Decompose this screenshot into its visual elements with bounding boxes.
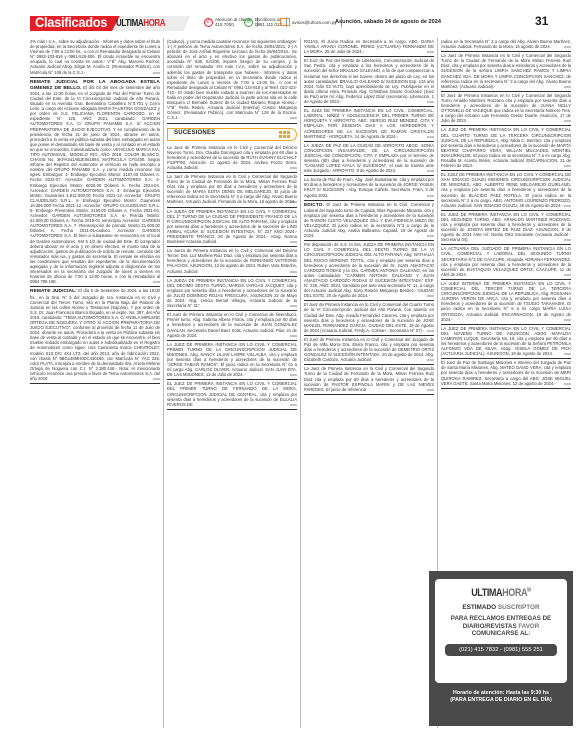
- ad-text: EL JUEZ DE PRIMERA INSTANCIA EN LO CIVIL…: [167, 381, 297, 406]
- ad-code: #0000: [564, 352, 571, 357]
- classified-ad: REMATE JUDICIAL POR LA ABOGADA ESTELA GI…: [30, 78, 160, 288]
- whatsapp-number: 0981 111 013: [255, 22, 282, 27]
- ad-text: La Juez de Primera Instancia en lo Civil…: [167, 145, 297, 170]
- ad-text: EL JUEZ DE PRIMERA INSTANCIA EN LO CIVIL…: [441, 212, 571, 242]
- ad-text: El día 5 de Setiembre de 2024, a las 15:…: [30, 288, 160, 381]
- anniversary-badge: 50: [527, 587, 531, 593]
- promo-phone-numbers[interactable]: (021) 415 7832 - (0981) 555 251: [445, 644, 557, 656]
- promo-logo: ULTIMAHORA50: [447, 587, 555, 599]
- promo-hours-line-2: (PARA ENTREGA DE DIARIO EN EL DÍA): [429, 697, 573, 704]
- classified-ad: El Juez de Primera Instancia en lo Civil…: [304, 301, 434, 336]
- ad-code: #0000: [427, 329, 434, 334]
- ad-text: Por disposición de S.S. la Sra. JUEZA DE…: [304, 242, 434, 298]
- ad-code: #0000: [427, 358, 434, 363]
- ad-text: El Juez de Paz de Santiago Misiones e In…: [441, 360, 571, 385]
- column-divider: [300, 38, 301, 728]
- ad-code: #0000: [290, 270, 297, 275]
- promo-logo-1: ULTIMA: [471, 587, 502, 599]
- ad-text: ROJAS. El Juicio Radica en Secretaría a …: [304, 39, 434, 54]
- ad-code: #0000: [290, 403, 297, 408]
- newspaper-logo: ULTIMAHORA: [116, 18, 165, 29]
- classified-ad: REMATE JUDICIAL: El día 5 de Setiembre d…: [30, 287, 160, 384]
- ad-text: La Jueza de Paz de Fram. Abg. José Busta…: [304, 177, 434, 197]
- page-header: Clasificados ULTIMAHORA ✆ Atención al cl…: [0, 0, 580, 36]
- classified-ad: EL JUEZ DE PRIMERA INSTANCIA EN LO CIVIL…: [167, 380, 297, 409]
- ad-code: #0000: [290, 240, 297, 245]
- promo-card: ULTIMAHORA50 ESTIMADO SUSCRIPTOR PARA RE…: [435, 579, 567, 683]
- ad-code: #0000: [290, 334, 297, 339]
- ad-text: EL JUEZ DE PRIMERA INSTANCIA EN LO CIVIL…: [304, 108, 434, 138]
- ad-text: La Juez de Primera Instancia en lo Civil…: [304, 366, 434, 391]
- ad-code: #0000: [427, 194, 434, 199]
- ad-text: LA JUEZA DE PRIMERA INSTANCIA EN LO CIVI…: [167, 209, 297, 245]
- classified-ad: La Jueza de Primera Instancia en lo Civi…: [167, 247, 297, 276]
- ad-text: La Juez de Primera Instancia en lo Civil…: [167, 174, 297, 204]
- ad-text: LA JUEZA DE PRIMERA INSTANCIA EN LO CIVI…: [167, 278, 297, 308]
- email-address[interactable]: avisos@uhora.com.py: [292, 20, 337, 25]
- ad-text: El Juez de Primera Instancia en lo Civil…: [304, 337, 434, 362]
- ad-code: #0000: [153, 377, 160, 382]
- promo-line-1: PARA RECLAMOS ENTREGAS DE: [435, 615, 567, 623]
- people-group-icon: [279, 131, 290, 138]
- ad-code: #0000: [564, 238, 571, 243]
- section-title: Clasificados: [35, 15, 107, 30]
- section-banner-sucesiones: SUCESIONES: [167, 128, 297, 141]
- ad-text: LA JUEZ INTERINA DE PRIMERA INSTANCIA EN…: [441, 281, 571, 322]
- promo-line-2-grey: FAVOR: [518, 623, 539, 630]
- classified-ad: EL JUEZ DE PRIMERA INSTANCIA EN LO CIVIL…: [441, 211, 571, 246]
- column-3: ROJAS. El Juicio Radica en Secretaría a …: [304, 38, 434, 728]
- logo-text-2: HORA: [143, 18, 165, 29]
- promo-heading-grey: SUSCRIPTOR: [498, 604, 540, 611]
- ad-code: #0000: [564, 318, 571, 323]
- ad-code: #0000: [427, 294, 434, 299]
- issue-date: Asunción, sábado 24 de agosto de 2024: [335, 19, 441, 25]
- ad-code: #0000: [564, 119, 571, 124]
- ad-code: #0000: [427, 169, 434, 174]
- ad-code: #0000: [153, 280, 160, 285]
- ad-text: El Juez de Primera Instancia en lo Civil…: [304, 302, 434, 332]
- classified-ad: ROJAS. El Juicio Radica en Secretaría a …: [304, 38, 434, 57]
- classified-ad: radica en la Secretaría N° 3 a cargo del…: [441, 38, 571, 52]
- classified-ad: LA JUEZA DE PRIMERA INSTANCIA EN LO CIVI…: [167, 277, 297, 312]
- classified-ad: (Caduco), y como medida cautelar reconoc…: [167, 38, 297, 124]
- ad-text: La Jueza de Primera Instancia en lo Civi…: [167, 248, 297, 273]
- ad-code: #0000: [564, 45, 571, 50]
- column-divider: [163, 38, 164, 728]
- classified-ad: La Juez de Primera Instancia en lo Civil…: [167, 144, 297, 173]
- column-2: (Caduco), y como medida cautelar reconoc…: [167, 38, 297, 728]
- ad-code: #0000: [427, 135, 434, 140]
- classified-ad: La Juez de Primera Instancia en lo Civil…: [441, 52, 571, 92]
- column-4: radica en la Secretaría N° 3 a cargo del…: [441, 38, 571, 571]
- ad-text: El Juez de Primera Instancia en lo Civil…: [167, 312, 297, 337]
- promo-hours-line-1: Horario de atención: Hasta las 9:30 hs: [429, 690, 573, 697]
- ad-code: #0000: [564, 273, 571, 278]
- ad-text: El Juez de Primera Instancia en lo Civil…: [441, 93, 571, 123]
- ad-text: LA JUEZ DE PRIMERA INSTANCIA EN LO CIVIL…: [167, 342, 297, 378]
- ad-text: (Caduco), y como medida cautelar reconoc…: [167, 39, 297, 120]
- promo-heading-bold: ESTIMADO: [462, 604, 496, 611]
- promo-hours: Horario de atención: Hasta las 9:30 hs (…: [429, 690, 573, 704]
- ad-text: 2% más I.V.A., sobre su adjudicación.- I…: [30, 39, 160, 75]
- classified-ad: El Juez de Paz de Santiago Misiones e In…: [441, 359, 571, 388]
- ad-text: El Juez de Paz del Distrito de Liberació…: [304, 58, 434, 104]
- ad-code: #0000: [290, 166, 297, 171]
- ad-code: #0000: [290, 116, 297, 121]
- classified-ad: La Juez de Primera Instancia en lo Civil…: [304, 365, 434, 394]
- subscriber-promo-ad: ULTIMAHORA50 ESTIMADO SUSCRIPTOR PARA RE…: [429, 571, 573, 726]
- logo-text-1: ULTIMA: [116, 18, 143, 29]
- contact-email: avisos@uhora.com.py: [280, 17, 342, 27]
- promo-body: PARA RECLAMOS ENTREGAS DE DIARIO/REVISTA…: [435, 615, 567, 638]
- classified-ad: El Juez de Primera Instancia en lo Civil…: [304, 336, 434, 365]
- envelope-icon: [280, 18, 290, 26]
- classified-ad: LA JUEZA DE PAZ DE LA CIUDAD DE ARROYITO…: [304, 142, 434, 177]
- ad-code: #0000: [290, 304, 297, 309]
- ad-text: LA ACTUARIA DEL JUZGADO DE PRIMERA INSTA…: [441, 246, 571, 276]
- classified-ad: LA JUEZ DE PRIMERA INSTANCIA EN LO CIVIL…: [441, 325, 571, 360]
- section-banner-label: SUCESIONES: [174, 131, 215, 136]
- ad-code: #0000: [564, 204, 571, 209]
- ad-code: #0000: [427, 100, 434, 105]
- classified-ad: LA JUEZ DE PRIMERA INSTANCIA EN LO CIVIL…: [167, 341, 297, 381]
- page-number: 31: [535, 14, 548, 28]
- ad-text: LA JUEZ DE PRIMERA INSTANCIA EN LO CIVIL…: [441, 127, 571, 168]
- ad-code: #0000: [427, 50, 434, 55]
- ad-text: LA JUEZ DE PRIMERA INSTANCIA EN LO CIVIL…: [441, 326, 571, 356]
- classified-ad: Por disposición de S.S. la Sra. JUEZA DE…: [304, 241, 434, 301]
- classified-ad: La Juez de Primera Instancia en lo Civil…: [167, 173, 297, 208]
- whatsapp-icon: ☏: [244, 18, 253, 27]
- ad-text: El Juez de Primera Instancia en lo Civil…: [304, 202, 434, 239]
- classified-ad: LA JUEZA DE PRIMERA INSTANCIA EN LO CIVI…: [167, 208, 297, 248]
- ad-code: #0000: [290, 200, 297, 205]
- column-1: 2% más I.V.A., sobre su adjudicación.- I…: [30, 38, 160, 728]
- classified-ad: LA JUEZ DE PRIMERA INSTANCIA EN LO CIVIL…: [441, 126, 571, 171]
- classified-ad: EDICTO. El Juez de Primera Instancia en …: [304, 201, 434, 242]
- ad-code: #0000: [427, 234, 434, 239]
- ad-text: La Juez de Primera Instancia en lo Civil…: [441, 53, 571, 89]
- classified-ad: El Juez de Primera Instancia en lo Civil…: [167, 311, 297, 340]
- ad-code: #0000: [564, 164, 571, 169]
- classified-ad: 2% más I.V.A., sobre su adjudicación.- I…: [30, 38, 160, 78]
- ad-code: #0000: [153, 71, 160, 76]
- classified-ad: EL JUEZ DE PRIMERA INSTANCIA EN LO CIVIL…: [441, 171, 571, 211]
- ad-text: LA JUEZA DE PAZ DE LA CIUDAD DE ARROYITO…: [304, 143, 434, 173]
- ad-code: #0000: [427, 388, 434, 393]
- classified-ad: El Juez de Paz del Distrito de Liberació…: [304, 57, 434, 107]
- ad-text: El día 03 del mes de setiembre del año 2…: [30, 85, 160, 285]
- promo-heading: ESTIMADO SUSCRIPTOR: [435, 604, 567, 611]
- ad-code: #0000: [290, 373, 297, 378]
- classified-ad: La Jueza de Paz de Fram. Abg. José Busta…: [304, 176, 434, 200]
- ad-text: radica en la Secretaría N° 3 a cargo del…: [441, 39, 571, 49]
- classified-ad: EL JUEZ DE PRIMERA INSTANCIA EN LO CIVIL…: [304, 107, 434, 142]
- classified-ad: El Juez de Primera Instancia en lo Civil…: [441, 92, 571, 127]
- classified-ad: LA JUEZ INTERINA DE PRIMERA INSTANCIA EN…: [441, 280, 571, 325]
- ad-text: EL JUEZ DE PRIMERA INSTANCIA EN LO CIVIL…: [441, 172, 571, 208]
- promo-logo-2: HORA: [502, 587, 527, 599]
- ad-code: #0000: [564, 85, 571, 90]
- promo-line-2: DIARIO/REVISTAS: [463, 623, 517, 630]
- ad-code: #0000: [564, 382, 571, 387]
- classified-ad: LA ACTUARIA DEL JUZGADO DE PRIMERA INSTA…: [441, 245, 571, 280]
- promo-line-3: COMUNICARSE AL:: [435, 630, 567, 638]
- phone-icon: ✆: [204, 18, 213, 27]
